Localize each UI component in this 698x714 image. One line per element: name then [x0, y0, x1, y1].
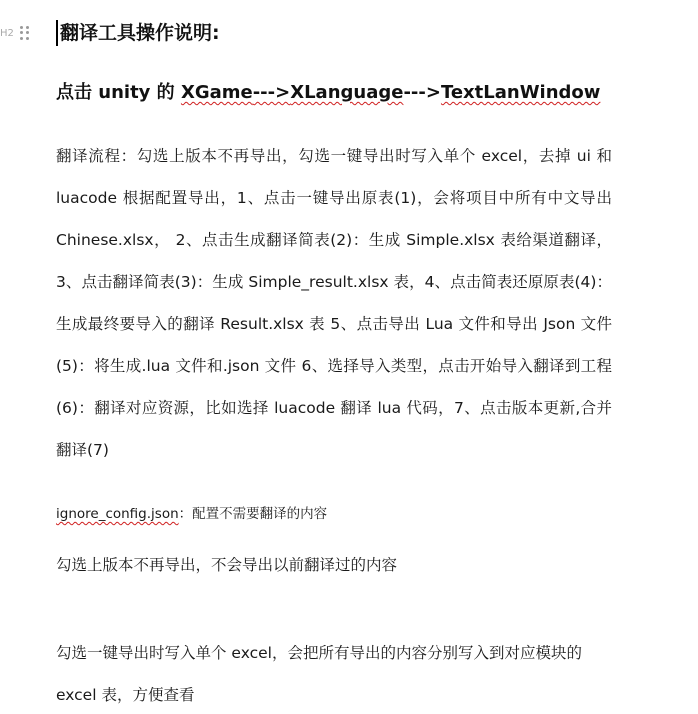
ignore-config-text: ：配置不需要翻译的内容: [179, 506, 328, 522]
ignore-config-note[interactable]: ignore_config.json：配置不需要翻译的内容: [56, 500, 327, 528]
document-title[interactable]: 翻译工具操作说明:: [56, 20, 220, 46]
menu-path-xgame: XGame: [181, 82, 253, 103]
workflow-paragraph[interactable]: 翻译流程：勾选上版本不再导出，勾选一键导出时写入单个 excel，去掉 ui 和…: [56, 135, 612, 471]
menu-path-arrow: --->: [403, 82, 441, 103]
heading-level-marker: H2: [0, 28, 14, 39]
drag-handle-icon[interactable]: [20, 26, 30, 40]
block-gutter: H2: [0, 24, 40, 42]
skip-previous-paragraph[interactable]: 勾选上版本不再导出，不会导出以前翻译过的内容: [56, 550, 397, 580]
menu-path-arrow: --->: [253, 82, 291, 103]
menu-path-xlanguage: XLanguage: [290, 82, 403, 103]
menu-path-textlanwindow: TextLanWindow: [441, 82, 600, 103]
menu-path-heading[interactable]: 点击 unity 的 XGame--->XLanguage--->TextLan…: [56, 80, 600, 106]
single-excel-paragraph[interactable]: 勾选一键导出时写入单个 excel，会把所有导出的内容分别写入到对应模块的 ex…: [56, 632, 612, 714]
ignore-config-filename: ignore_config.json: [56, 506, 179, 522]
menu-path-prefix: 点击 unity 的: [56, 82, 181, 103]
